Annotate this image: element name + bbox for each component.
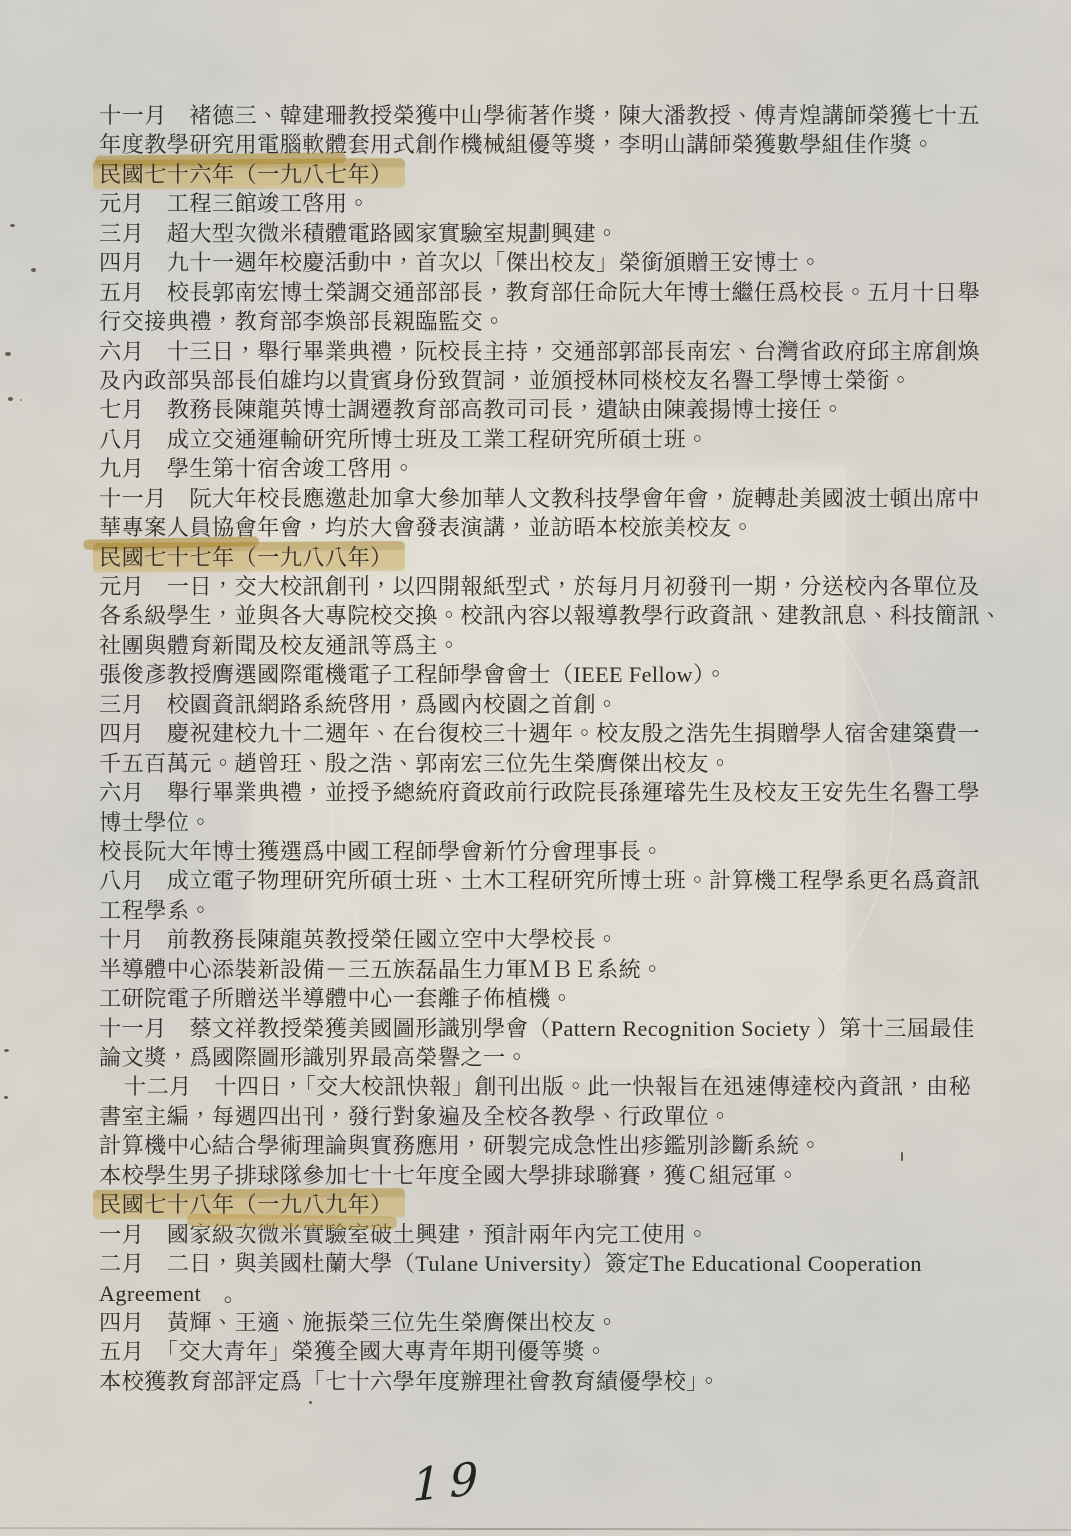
document-line: 各系級學生，並與各大專院校交換。校訊內容以報導教學行政資訊、建教訊息、科技簡訊、: [99, 601, 1007, 630]
document-line: 九月 學生第十宿舍竣工啓用。: [99, 454, 1007, 483]
document-line: 三月 超大型次微米積體電路國家實驗室規劃興建。: [99, 219, 1007, 248]
document-line: 張俊彥教授膺選國際電機電子工程師學會會士（IEEE Fellow）。: [99, 660, 1007, 689]
line-text: 十一月 蔡文祥教授榮獲美國圖形識別學會（Pattern Recognition …: [99, 1016, 975, 1041]
line-text: 七月 教務長陳龍英博士調遷教育部高教司司長，遺缺由陳義揚博士接任。: [99, 397, 844, 422]
line-text: 六月 十三日，舉行畢業典禮，阮校長主持，交通部郭部長南宏、台灣省政府邱主席創煥: [99, 339, 980, 364]
year-heading-line: 民國七十七年（一九八八年）: [99, 543, 1007, 572]
line-text: 社團與體育新聞及校友通訊等爲主。: [99, 633, 460, 658]
document-line: 元月 工程三館竣工啓用。: [99, 189, 1007, 218]
line-text: 及內政部吳部長伯雄均以貴賓身份致賀詞，並頒授林同棪校友名譽工學博士榮銜。: [99, 368, 912, 393]
year-heading-line: 民國七十八年（一九八九年）: [99, 1190, 1007, 1219]
line-text: 張俊彥教授膺選國際電機電子工程師學會會士（IEEE Fellow）。: [99, 662, 727, 687]
document-line: 行交接典禮，教育部李煥部長親臨監交。: [99, 307, 1007, 336]
line-text: 八月 成立電子物理研究所碩士班、土木工程研究所博士班。計算機工程學系更名爲資訊: [99, 868, 980, 893]
line-text: 元月 一日，交大校訊創刊，以四開報紙型式，於每月月初發刊一期，分送校內各單位及: [99, 574, 980, 599]
line-text: 博士學位。: [99, 810, 212, 835]
document-line: 四月 慶祝建校九十二週年、在台復校三十週年。校友殷之浩先生捐贈學人宿舍建築費一: [99, 719, 1007, 748]
line-text: 工研院電子所贈送半導體中心一套離子佈植機。: [99, 986, 573, 1011]
document-line: 四月 黃輝、王適、施振榮三位先生榮膺傑出校友。: [99, 1308, 1007, 1337]
document-line: 本校學生男子排球隊參加七十七年度全國大學排球聯賽，獲Ｃ組冠軍。: [99, 1161, 1007, 1190]
line-text: 十月 前教務長陳龍英教授榮任國立空中大學校長。: [99, 927, 619, 952]
document-line: 八月 成立交通運輸研究所博士班及工業工程研究所碩士班。: [99, 425, 1007, 454]
line-text: 十二月 十四日，「交大校訊快報」創刊出版。此一快報旨在迅速傳達校內資訊，由秘: [124, 1074, 971, 1099]
document-line: Agreement 。: [99, 1279, 1007, 1308]
document-line: 博士學位。: [99, 808, 1007, 837]
document-line: 十月 前教務長陳龍英教授榮任國立空中大學校長。: [99, 925, 1007, 954]
document-line: 及內政部吳部長伯雄均以貴賓身份致賀詞，並頒授林同棪校友名譽工學博士榮銜。: [99, 366, 1007, 395]
document-line: 計算機中心結合學術理論與實務應用，研製完成急性出疹鑑別診斷系統。: [99, 1131, 1007, 1160]
document-line: 六月 十三日，舉行畢業典禮，阮校長主持，交通部郭部長南宏、台灣省政府邱主席創煥: [99, 337, 1007, 366]
scan-speck: [8, 397, 13, 401]
document-line: 五月 「交大青年」榮獲全國大專青年期刊優等獎。: [99, 1337, 1007, 1366]
document-line: 二月 二日，與美國杜蘭大學（Tulane University）簽定The Ed…: [99, 1249, 1007, 1278]
line-text: 工程學系。: [99, 898, 212, 923]
line-text: 元月 工程三館竣工啓用。: [99, 191, 370, 216]
line-text: 論文獎，爲國際圖形識別界最高榮譽之一。: [99, 1045, 528, 1070]
scan-speck: [309, 1401, 312, 1404]
line-text: 四月 九十一週年校慶活動中，首次以「傑出校友」榮銜頒贈王安博士。: [99, 250, 822, 275]
document-line: 論文獎，爲國際圖形識別界最高榮譽之一。: [99, 1043, 1007, 1072]
line-text: 十一月 褚德三、韓建珊教授榮獲中山學術著作獎，陳大潘教授、傅青煌講師榮獲七十五: [99, 103, 980, 128]
scan-speck: [31, 268, 36, 272]
document-line: 校長阮大年博士獲選爲中國工程師學會新竹分會理事長。: [99, 837, 1007, 866]
line-text: 各系級學生，並與各大專院校交換。校訊內容以報導教學行政資訊、建教訊息、科技簡訊、: [99, 603, 1003, 628]
line-text: 四月 黃輝、王適、施振榮三位先生榮膺傑出校友。: [99, 1310, 619, 1335]
line-text: 校長阮大年博士獲選爲中國工程師學會新竹分會理事長。: [99, 839, 664, 864]
line-text: 本校獲教育部評定爲「七十六學年度辦理社會教育績優學校」。: [99, 1369, 720, 1394]
highlighter-mark: 民國七十八年（一九八九年）: [99, 1190, 393, 1219]
handwritten-page-number: 19: [412, 1451, 487, 1512]
document-line: 五月 校長郭南宏博士榮調交通部部長，教育部任命阮大年博士繼任爲校長。五月十日舉: [99, 278, 1007, 307]
line-text: 書室主編，每週四出刊，發行對象遍及全校各教學、行政單位。: [99, 1104, 731, 1129]
document-line: 十一月 阮大年校長應邀赴加拿大參加華人文教科技學會年會，旋轉赴美國波士頓出席中: [99, 484, 1007, 513]
document-line: 八月 成立電子物理研究所碩士班、土木工程研究所博士班。計算機工程學系更名爲資訊: [99, 866, 1007, 895]
document-line: 元月 一日，交大校訊創刊，以四開報紙型式，於每月月初發刊一期，分送校內各單位及: [99, 572, 1007, 601]
line-text: 五月 「交大青年」榮獲全國大專青年期刊優等獎。: [99, 1339, 607, 1364]
document-line: 三月 校園資訊網路系統啓用，爲國內校園之首創。: [99, 690, 1007, 719]
line-text: 五月 校長郭南宏博士榮調交通部部長，教育部任命阮大年博士繼任爲校長。五月十日舉: [99, 280, 980, 305]
line-text: 四月 慶祝建校九十二週年、在台復校三十週年。校友殷之浩先生捐贈學人宿舍建築費一: [99, 721, 980, 746]
scan-speck: [5, 352, 11, 356]
line-text: 行交接典禮，教育部李煥部長親臨監交。: [99, 309, 506, 334]
document-line: 工研院電子所贈送半導體中心一套離子佈植機。: [99, 984, 1007, 1013]
year-heading-line: 民國七十六年（一九八七年）: [99, 160, 1007, 189]
line-text: 八月 成立交通運輸研究所博士班及工業工程研究所碩士班。: [99, 427, 709, 452]
document-line: 十一月 褚德三、韓建珊教授榮獲中山學術著作獎，陳大潘教授、傅青煌講師榮獲七十五: [99, 101, 1007, 130]
scan-speck: [4, 1049, 9, 1052]
scan-speck: [20, 399, 22, 401]
document-line: 六月 舉行畢業典禮，並授予總統府資政前行政院長孫運璿先生及校友王安先生名譽工學: [99, 778, 1007, 807]
line-text: 十一月 阮大年校長應邀赴加拿大參加華人文教科技學會年會，旋轉赴美國波士頓出席中: [99, 486, 980, 511]
document-line: 半導體中心添裝新設備－三五族磊晶生力軍ＭＢＥ系統。: [99, 955, 1007, 984]
line-text: 三月 超大型次微米積體電路國家實驗室規劃興建。: [99, 221, 619, 246]
scanned-document-page: 十一月 褚德三、韓建珊教授榮獲中山學術著作獎，陳大潘教授、傅青煌講師榮獲七十五年…: [0, 0, 1071, 1536]
scan-speck: [901, 1152, 903, 1161]
document-line: 千五百萬元。趙曾玨、殷之浩、郭南宏三位先生榮膺傑出校友。: [99, 749, 1007, 778]
scan-speck: [4, 1096, 8, 1099]
highlighter-mark: 民國七十六年（一九八七年）: [99, 160, 393, 189]
line-text: 千五百萬元。趙曾玨、殷之浩、郭南宏三位先生榮膺傑出校友。: [99, 751, 731, 776]
line-text: 本校學生男子排球隊參加七十七年度全國大學排球聯賽，獲Ｃ組冠軍。: [99, 1163, 799, 1188]
line-text: 三月 校園資訊網路系統啓用，爲國內校園之首創。: [99, 692, 619, 717]
page-bottom-edge: [0, 1527, 1071, 1531]
line-text: 計算機中心結合學術理論與實務應用，研製完成急性出疹鑑別診斷系統。: [99, 1133, 822, 1158]
line-text: 二月 二日，與美國杜蘭大學（Tulane University）簽定The Ed…: [99, 1251, 922, 1276]
line-text: 華專案人員協會年會，均於大會發表演講，並訪晤本校旅美校友。: [99, 515, 754, 540]
scan-speck: [10, 224, 15, 227]
document-line: 書室主編，每週四出刊，發行對象遍及全校各教學、行政單位。: [99, 1102, 1007, 1131]
highlighter-mark: 民國七十七年（一九八八年）: [99, 543, 393, 572]
document-line: 十一月 蔡文祥教授榮獲美國圖形識別學會（Pattern Recognition …: [99, 1014, 1007, 1043]
document-line: 十二月 十四日，「交大校訊快報」創刊出版。此一快報旨在迅速傳達校內資訊，由秘: [99, 1072, 1007, 1101]
document-line: 四月 九十一週年校慶活動中，首次以「傑出校友」榮銜頒贈王安博士。: [99, 248, 1007, 277]
document-lines: 十一月 褚德三、韓建珊教授榮獲中山學術著作獎，陳大潘教授、傅青煌講師榮獲七十五年…: [99, 101, 1007, 1396]
document-line: 工程學系。: [99, 896, 1007, 925]
document-line: 本校獲教育部評定爲「七十六學年度辦理社會教育績優學校」。: [99, 1367, 1007, 1396]
line-text: 半導體中心添裝新設備－三五族磊晶生力軍ＭＢＥ系統。: [99, 957, 664, 982]
document-line: 七月 教務長陳龍英博士調遷教育部高教司司長，遺缺由陳義揚博士接任。: [99, 395, 1007, 424]
line-text: 九月 學生第十宿舍竣工啓用。: [99, 456, 415, 481]
line-text: Agreement 。: [99, 1281, 246, 1306]
line-text: 六月 舉行畢業典禮，並授予總統府資政前行政院長孫運璿先生及校友王安先生名譽工學: [99, 780, 980, 805]
document-line: 社團與體育新聞及校友通訊等爲主。: [99, 631, 1007, 660]
